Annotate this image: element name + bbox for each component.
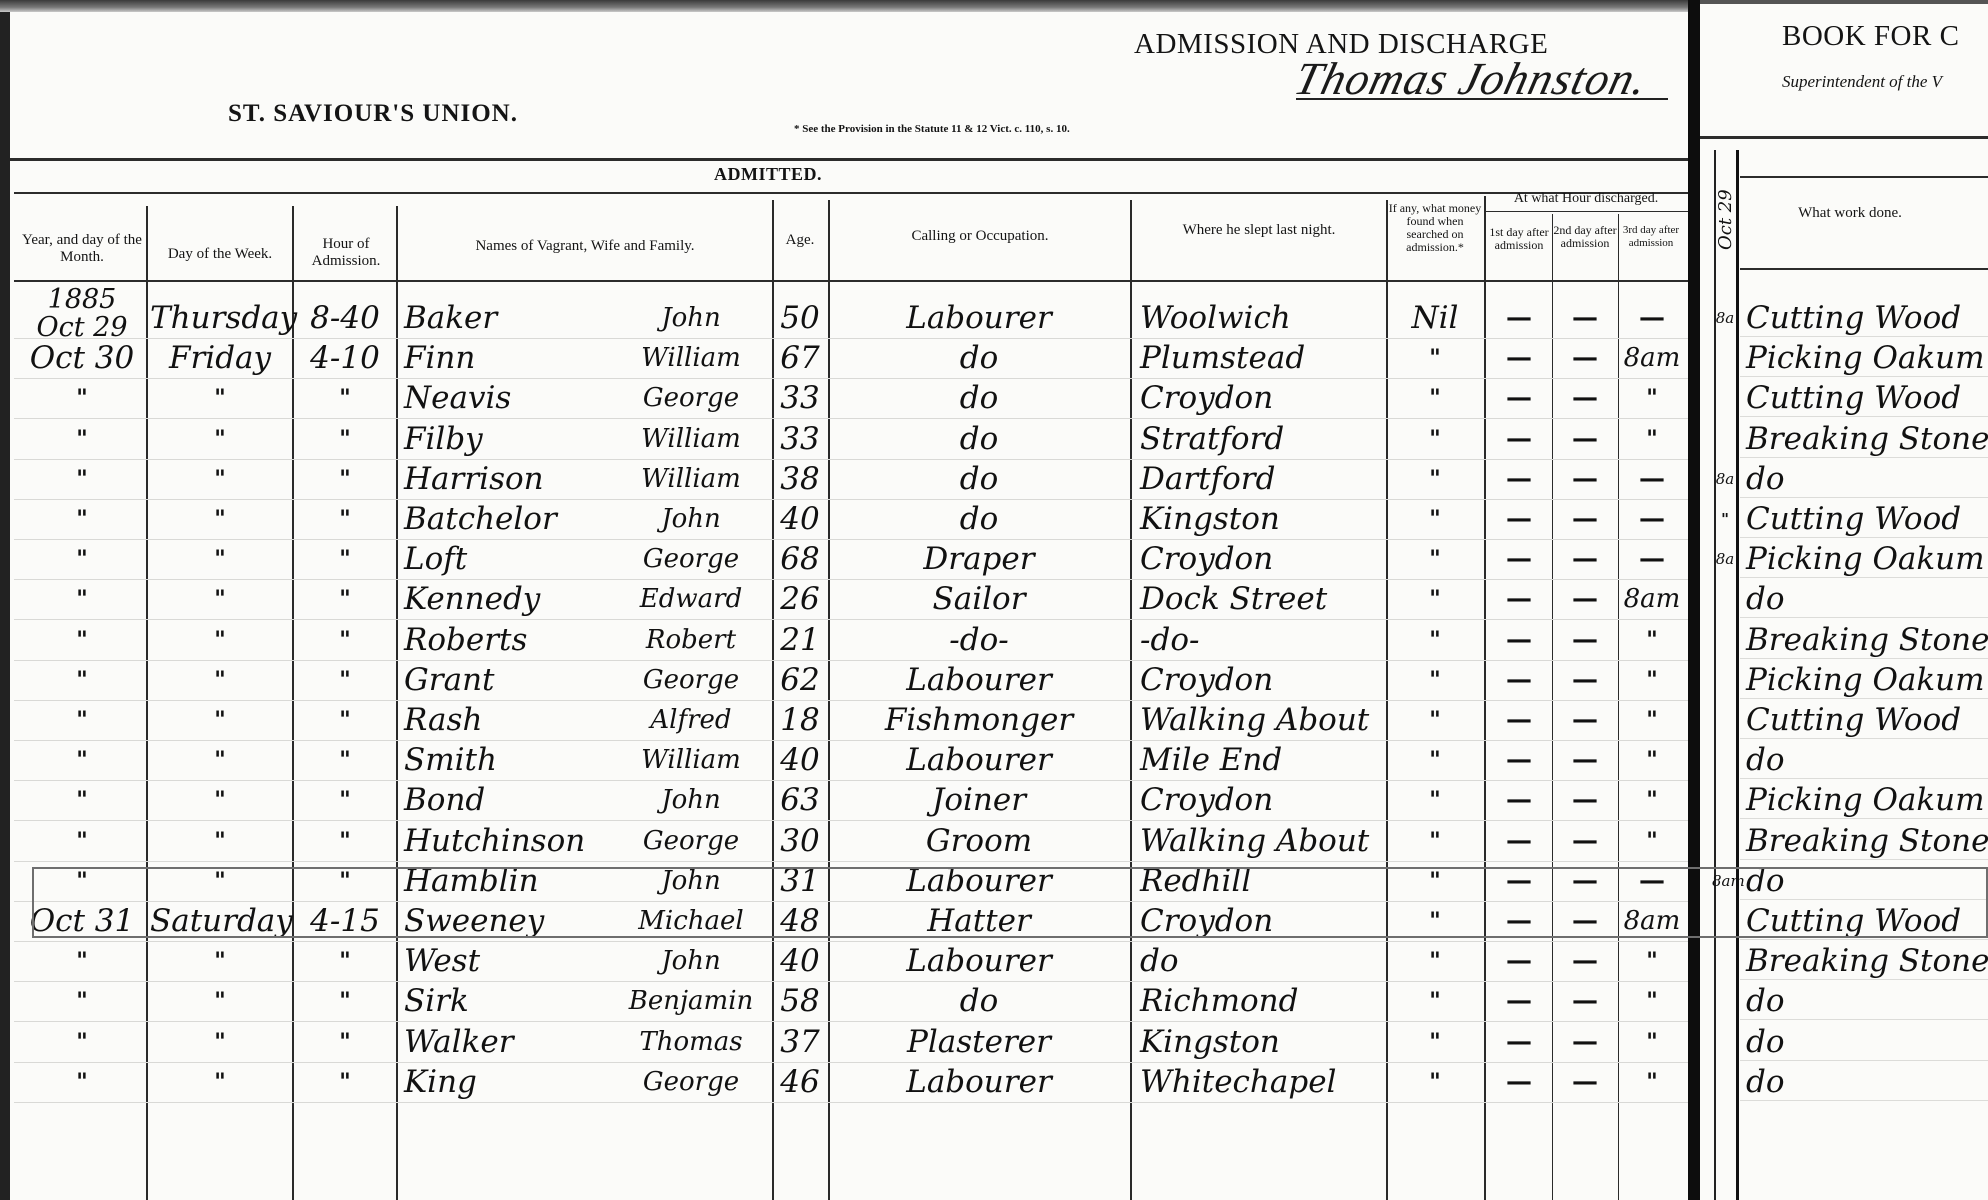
cell-date: " [20,541,144,577]
cell-surname: Roberts [404,622,604,658]
cell-d1: — [1486,823,1552,859]
cell-surname: Bond [404,782,604,818]
cell-age: 67 [772,340,828,376]
cell-occupation: Labourer [830,742,1128,778]
cell-surname: Harrison [404,461,604,497]
cell-d1: — [1486,943,1552,979]
cell-occupation: Sailor [830,581,1128,617]
cell-forename: William [612,421,770,457]
col-rule-1 [146,206,148,1200]
cell-money: " [1388,421,1482,457]
cell-d1: — [1486,541,1552,577]
header-day: Day of the Week. [148,246,292,263]
cell-occupation: Labourer [830,943,1128,979]
cell-day: " [150,742,290,778]
cell-age: 38 [772,461,828,497]
cell-d1: — [1486,300,1552,336]
cell-d2: — [1552,501,1618,537]
cell-slept: Croydon [1140,541,1384,577]
cell-age: 40 [772,742,828,778]
cell-d1: — [1486,1024,1552,1060]
cell-work: Breaking Stones [1746,421,1988,457]
cell-age: 33 [772,380,828,416]
ruled-line-right [1740,336,1988,337]
cell-forename: Thomas [612,1024,770,1060]
cell-slept: Croydon [1140,662,1384,698]
cell-occupation: do [830,461,1128,497]
margin-vertical-note: Oct 29 [1708,189,1744,250]
cell-money: " [1388,1064,1482,1100]
cell-money: " [1388,823,1482,859]
cell-d2: — [1552,581,1618,617]
cell-d3: " [1618,823,1686,859]
cell-d2: — [1552,742,1618,778]
cell-hour: " [296,461,394,497]
ruled-line-right [1740,778,1988,779]
cell-forename: John [612,943,770,979]
cell-surname: Neavis [404,380,604,416]
cell-day: " [150,782,290,818]
cell-money: " [1388,742,1482,778]
cell-occupation: do [830,983,1128,1019]
cell-slept: -do- [1140,622,1384,658]
cell-d2: — [1552,983,1618,1019]
cell-day: " [150,421,290,457]
cell-hour: " [296,622,394,658]
rule-discharged-group [1484,211,1688,212]
cell-d3: " [1618,421,1686,457]
cell-d3: " [1618,622,1686,658]
cell-forename: John [612,782,770,818]
cell-age: 18 [772,702,828,738]
cell-money: " [1388,782,1482,818]
cell-d3: " [1618,983,1686,1019]
cell-forename: William [612,340,770,376]
cell-money: Nil [1388,300,1482,336]
cell-day: " [150,1024,290,1060]
cell-d1: — [1486,702,1552,738]
page-top-edge-right [1690,0,1988,4]
cell-work: Picking Oakum [1746,541,1988,577]
cell-day: Friday [150,340,290,376]
cell-money: " [1388,943,1482,979]
cell-slept: Walking About [1140,823,1384,859]
ruled-line [14,499,1688,500]
cell-date: " [20,943,144,979]
cell-age: 46 [772,1064,828,1100]
cell-d2: — [1552,461,1618,497]
cell-d2: — [1552,823,1618,859]
cell-d3: " [1618,1064,1686,1100]
cell-forename: Benjamin [612,983,770,1019]
superintendent-label: Superintendent of the V [1782,72,1942,92]
cell-d2: — [1552,1064,1618,1100]
union-title: ST. SAVIOUR'S UNION. [228,100,518,128]
cell-slept: Walking About [1140,702,1384,738]
cell-occupation: Joiner [830,782,1128,818]
section-label-admitted: ADMITTED. [714,164,822,185]
cell-slept: Plumstead [1140,340,1384,376]
cell-slept: Richmond [1140,983,1384,1019]
cell-occupation: Plasterer [830,1024,1128,1060]
cell-work: do [1746,983,1988,1019]
cell-work: do [1746,742,1988,778]
cell-date: " [20,702,144,738]
cell-slept: Kingston [1140,501,1384,537]
ruled-line [14,660,1688,661]
cell-surname: Rash [404,702,604,738]
cell-margin: " [1712,501,1738,537]
cell-occupation: do [830,501,1128,537]
cell-day: " [150,943,290,979]
cell-d3: — [1618,501,1686,537]
cell-hour: " [296,421,394,457]
book-gutter [1688,0,1700,1200]
cell-d3: " [1618,782,1686,818]
cell-age: 40 [772,501,828,537]
cell-forename: John [612,501,770,537]
col-rule-2 [292,206,294,1200]
rule-admitted [14,192,1688,194]
cell-d3: — [1618,461,1686,497]
cell-slept: Dartford [1140,461,1384,497]
cell-work: do [1746,581,1988,617]
cell-hour: " [296,742,394,778]
cell-d3: — [1618,541,1686,577]
book-title-right: BOOK FOR C [1782,20,1959,53]
cell-work: Cutting Wood [1746,501,1988,537]
cell-date: " [20,380,144,416]
cell-d1: — [1486,1064,1552,1100]
cell-day: " [150,983,290,1019]
signature-line [1296,98,1668,100]
cell-occupation: Labourer [830,1064,1128,1100]
cell-date: " [20,581,144,617]
ruled-line [14,1021,1688,1022]
cell-money: " [1388,461,1482,497]
cell-forename: George [612,380,770,416]
cell-age: 40 [772,943,828,979]
cell-d1: — [1486,983,1552,1019]
cell-d3: " [1618,742,1686,778]
cell-age: 26 [772,581,828,617]
ruled-line [14,619,1688,620]
cell-work: Breaking Stones [1746,823,1988,859]
cell-d3: 8am [1618,581,1686,617]
cell-forename: Robert [612,622,770,658]
cell-age: 62 [772,662,828,698]
cell-d1: — [1486,461,1552,497]
cell-day: " [150,823,290,859]
cell-date: " [20,622,144,658]
cell-hour: " [296,662,394,698]
ruled-line [14,861,1688,862]
cell-occupation: Labourer [830,300,1128,336]
cell-date: " [20,782,144,818]
cell-forename: Alfred [612,702,770,738]
ruled-line-right [1740,376,1988,377]
ruled-line [14,418,1688,419]
cell-work: Cutting Wood [1746,380,1988,416]
ruled-line [14,820,1688,821]
cell-d2: — [1552,782,1618,818]
rule-header-bottom-right [1740,268,1988,270]
ruled-line-right [1740,497,1988,498]
cell-money: " [1388,581,1482,617]
cell-work: do [1746,461,1988,497]
cell-age: 63 [772,782,828,818]
cell-d3: " [1618,702,1686,738]
cell-hour: " [296,943,394,979]
cell-day: " [150,380,290,416]
cell-margin: 8a [1712,541,1738,577]
ruled-line-right [1740,416,1988,417]
cell-day: " [150,461,290,497]
cell-forename: Edward [612,581,770,617]
cell-work: Cutting Wood [1746,702,1988,738]
cell-money: " [1388,1024,1482,1060]
cell-date: " [20,742,144,778]
cell-money: " [1388,501,1482,537]
cell-forename: John [612,300,770,336]
cell-hour: " [296,1024,394,1060]
cell-d3: — [1618,300,1686,336]
cell-slept: do [1140,943,1384,979]
cell-d1: — [1486,581,1552,617]
cell-surname: Grant [404,662,604,698]
ruled-line-right [1740,537,1988,538]
cell-day: " [150,702,290,738]
cell-d2: — [1552,541,1618,577]
cell-d1: — [1486,340,1552,376]
cell-occupation: do [830,380,1128,416]
cell-day: " [150,541,290,577]
ruled-line-right [1740,617,1988,618]
cell-d2: — [1552,380,1618,416]
ruled-line [14,459,1688,460]
cell-surname: King [404,1064,604,1100]
cell-surname: Kennedy [404,581,604,617]
cell-work: Picking Oakum [1746,662,1988,698]
cell-hour: " [296,983,394,1019]
cell-surname: Batchelor [404,501,604,537]
ruled-line-right [1740,1100,1988,1101]
cell-d2: — [1552,622,1618,658]
ruled-line [14,1062,1688,1063]
cell-margin: 8a [1712,300,1738,336]
ruled-line [14,378,1688,379]
cell-age: 58 [772,983,828,1019]
cell-money: " [1388,622,1482,658]
ruled-line [14,780,1688,781]
cell-d2: — [1552,943,1618,979]
cell-hour: " [296,541,394,577]
cell-date: " [20,501,144,537]
cell-day: " [150,501,290,537]
cell-money: " [1388,983,1482,1019]
ruled-line-right [1740,738,1988,739]
header-day1: 1st day after admission [1486,226,1552,252]
cell-hour: " [296,782,394,818]
cell-hour: 4-10 [296,340,394,376]
cell-date: " [20,983,144,1019]
cell-surname: Loft [404,541,604,577]
header-occupation: Calling or Occupation. [830,228,1130,245]
rule-top [10,158,1688,161]
cell-money: " [1388,380,1482,416]
ruled-line-right [1740,457,1988,458]
cell-occupation: Groom [830,823,1128,859]
ruled-line-right [1740,698,1988,699]
cell-d2: — [1552,662,1618,698]
cell-forename: George [612,823,770,859]
ruled-line [14,338,1688,339]
cell-hour: " [296,380,394,416]
cell-forename: George [612,1064,770,1100]
cell-day: " [150,581,290,617]
cell-forename: George [612,541,770,577]
ruled-line [14,740,1688,741]
cell-date: " [20,823,144,859]
cell-slept: Croydon [1140,782,1384,818]
cell-age: 30 [772,823,828,859]
rule-top-right [1700,136,1988,139]
cell-slept: Whitechapel [1140,1064,1384,1100]
cell-surname: Smith [404,742,604,778]
cell-d2: — [1552,702,1618,738]
page-top-edge [0,0,1700,12]
cell-slept: Mile End [1140,742,1384,778]
col-rule-3 [396,206,398,1200]
cell-surname: Sirk [404,983,604,1019]
cell-hour: " [296,581,394,617]
ruled-line [14,941,1688,942]
cell-date: 1885 Oct 29 [20,286,144,342]
header-slept: Where he slept last night. [1132,222,1386,239]
cell-day: " [150,1064,290,1100]
cell-work: Cutting Wood [1746,300,1988,336]
cell-surname: Finn [404,340,604,376]
ruled-line [14,981,1688,982]
cell-slept: Stratford [1140,421,1384,457]
cell-age: 21 [772,622,828,658]
cell-occupation: do [830,340,1128,376]
cell-surname: Baker [404,300,604,336]
cell-date: Oct 30 [20,340,144,376]
ruled-line-right [1740,818,1988,819]
ruled-line [14,579,1688,580]
cell-work: Breaking Stones [1746,943,1988,979]
cell-day: Thursday [150,300,290,336]
cell-work: Picking Oakum [1746,340,1988,376]
header-work: What work done. [1760,205,1940,222]
cell-age: 33 [772,421,828,457]
cell-day: " [150,662,290,698]
ruled-line-right [1740,1060,1988,1061]
rule-header-bottom [14,280,1688,282]
cell-date: " [20,461,144,497]
cell-day: " [150,622,290,658]
cell-hour: " [296,702,394,738]
cell-occupation: Fishmonger [830,702,1128,738]
cell-work: do [1746,1064,1988,1100]
cell-surname: Walker [404,1024,604,1060]
cell-d2: — [1552,340,1618,376]
cell-forename: William [612,461,770,497]
cell-money: " [1388,340,1482,376]
cell-date: " [20,1024,144,1060]
row-selection-highlight[interactable] [32,867,1988,938]
cell-d2: — [1552,300,1618,336]
cell-age: 68 [772,541,828,577]
cell-slept: Kingston [1140,1024,1384,1060]
cell-money: " [1388,702,1482,738]
cell-hour: " [296,1064,394,1100]
cell-money: " [1388,541,1482,577]
cell-date: " [20,1064,144,1100]
cell-d2: — [1552,1024,1618,1060]
page-left-edge [0,12,10,1200]
cell-occupation: -do- [830,622,1128,658]
ruled-line-right [1740,1019,1988,1020]
header-discharged: At what Hour discharged. [1484,190,1688,207]
ruled-line-right [1740,658,1988,659]
ruled-line [14,1102,1688,1103]
cell-d1: — [1486,501,1552,537]
cell-occupation: Labourer [830,662,1128,698]
ruled-line [14,700,1688,701]
ruled-line [14,539,1688,540]
cell-date: " [20,662,144,698]
cell-forename: William [612,742,770,778]
cell-money: " [1388,662,1482,698]
cell-d1: — [1486,662,1552,698]
cell-hour: " [296,823,394,859]
cell-margin: 8a [1712,461,1738,497]
header-date: Year, and day of the Month. [22,232,142,266]
cell-surname: West [404,943,604,979]
cell-slept: Croydon [1140,380,1384,416]
cell-d3: " [1618,1024,1686,1060]
cell-occupation: Draper [830,541,1128,577]
header-age: Age. [772,232,828,249]
cell-d1: — [1486,421,1552,457]
cell-d1: — [1486,622,1552,658]
header-money: If any, what money found when searched o… [1386,202,1484,254]
cell-forename: George [612,662,770,698]
header-day3: 3rd day after admission [1618,224,1684,250]
cell-slept: Woolwich [1140,300,1384,336]
header-names: Names of Vagrant, Wife and Family. [400,238,770,255]
ruled-line-right [1740,859,1988,860]
cell-hour: " [296,501,394,537]
cell-age: 37 [772,1024,828,1060]
header-hour: Hour of Admission. [296,236,396,270]
ruled-line-right [1740,979,1988,980]
ruled-line-right [1740,939,1988,940]
header-day2: 2nd day after admission [1552,224,1618,250]
cell-d1: — [1486,782,1552,818]
cell-d3: " [1618,380,1686,416]
cell-surname: Filby [404,421,604,457]
rule-admitted-right [1740,176,1988,178]
cell-d3: " [1618,943,1686,979]
statute-footnote: * See the Provision in the Statute 11 & … [794,123,1070,135]
cell-work: Breaking Stones [1746,622,1988,658]
cell-d3: 8am [1618,340,1686,376]
cell-date: " [20,421,144,457]
cell-d1: — [1486,380,1552,416]
